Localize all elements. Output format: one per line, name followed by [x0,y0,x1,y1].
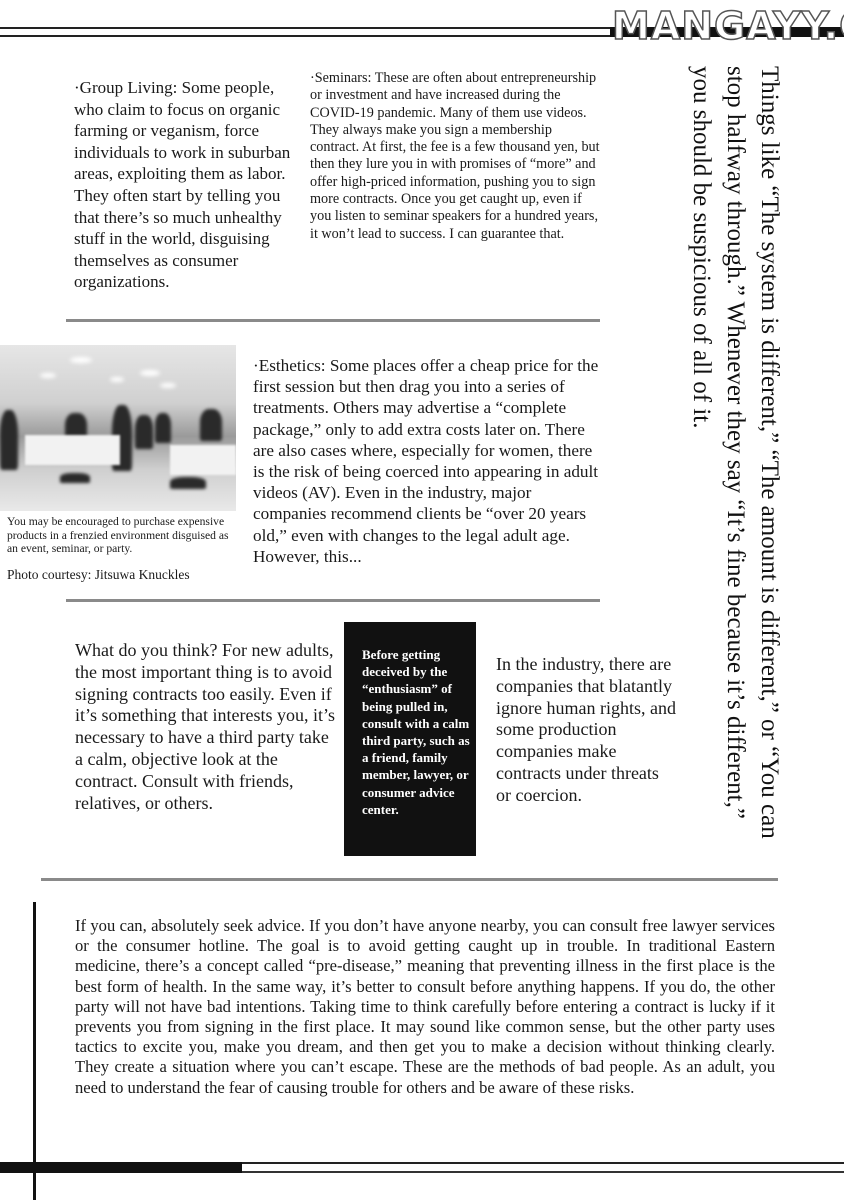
event-photo [0,345,236,511]
divider-rule [66,319,600,322]
photo-credit: Photo courtesy: Jitsuwa Knuckles [7,567,239,583]
divider-rule [41,878,778,881]
watermark-logo: MANGAYY.ORG [612,2,842,50]
bottom-rule-black-segment [0,1162,242,1173]
vertical-quote-column: Things like “The system is different,” “… [676,66,786,846]
divider-rule [66,599,600,602]
left-margin-bar [33,902,36,1200]
industry-paragraph: In the industry, there are companies tha… [496,654,676,807]
callout-text: Before getting deceived by the “enthusia… [362,646,474,818]
callout-box: Before getting deceived by the “enthusia… [344,622,476,856]
group-living-paragraph: ·Group Living: Some people, who claim to… [74,77,302,293]
photo-caption: You may be encouraged to purchase expens… [7,515,239,556]
esthetics-paragraph: ·Esthetics: Some places offer a cheap pr… [253,355,603,567]
what-do-you-think-paragraph: What do you think? For new adults, the m… [75,640,340,814]
seminars-paragraph: ·Seminars: These are often about entrepr… [310,70,602,243]
vertical-quote-text: Things like “The system is different,” “… [684,66,786,846]
final-paragraph: If you can, absolutely seek advice. If y… [75,916,775,1098]
